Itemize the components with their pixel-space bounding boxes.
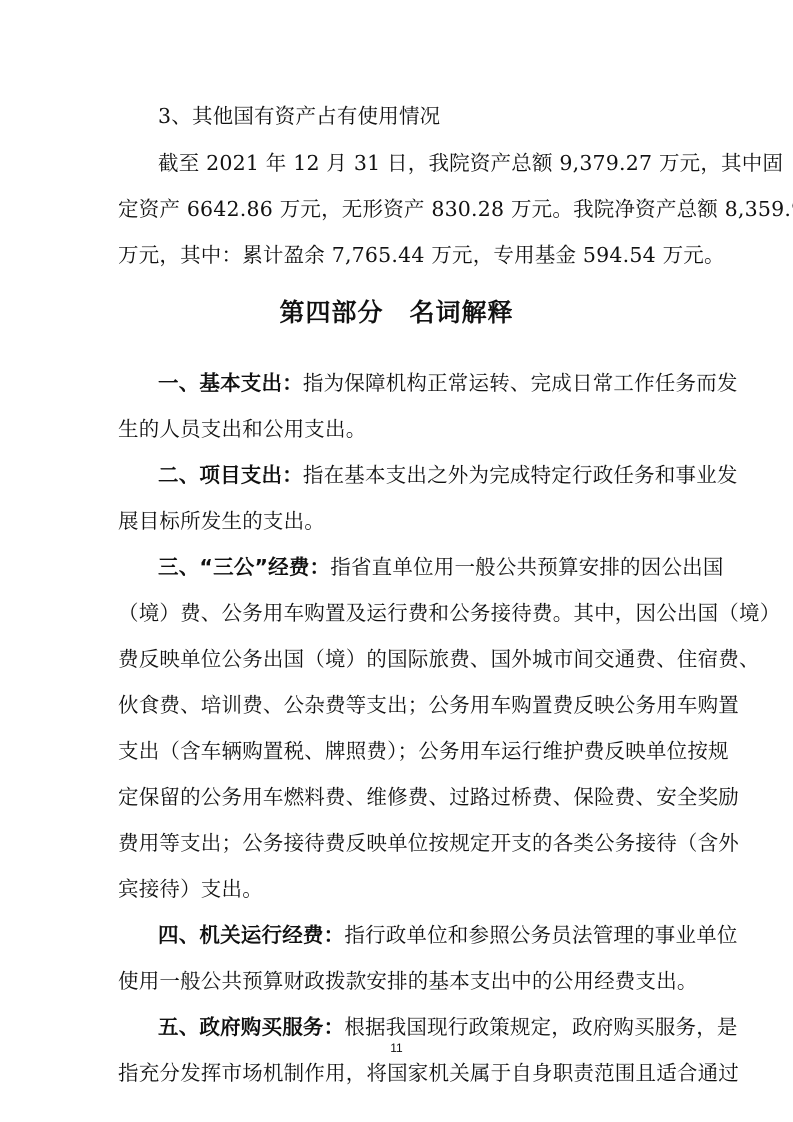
term-definition: 二、项目支出：指在基本支出之外为完成特定行政任务和事业发	[158, 462, 678, 488]
term-text: 指为保障机构正常运转、完成日常工作任务而发	[303, 371, 738, 395]
term-text: 根据我国现行政策规定，政府购买服务，是	[344, 1015, 737, 1039]
paragraph-line: 使用一般公共预算财政拨款安排的基本支出中的公用经费支出。	[118, 968, 678, 994]
term-label: 四、机关运行经费	[158, 923, 324, 947]
term-text: 指行政单位和参照公务员法管理的事业单位	[344, 923, 737, 947]
paragraph-line: 生的人员支出和公用支出。	[118, 416, 678, 442]
paragraph-line: 展目标所发生的支出。	[118, 508, 678, 534]
paragraph-line: 定资产 6642.86 万元，无形资产 830.28 万元。我院净资产总额 8,…	[118, 196, 678, 222]
term-definition: 五、政府购买服务：根据我国现行政策规定，政府购买服务，是	[158, 1014, 678, 1040]
term-label: 二、项目支出	[158, 463, 282, 487]
page-number: 11	[0, 1041, 793, 1055]
term-text: 指在基本支出之外为完成特定行政任务和事业发	[303, 463, 738, 487]
paragraph-line: 支出（含车辆购置税、牌照费）；公务用车运行维护费反映单位按规	[118, 738, 678, 764]
paragraph-line: 万元，其中：累计盈余 7,765.44 万元，专用基金 594.54 万元。	[118, 242, 678, 268]
paragraph-line: 伙食费、培训费、公杂费等支出；公务用车购置费反映公务用车购置	[118, 692, 678, 718]
term-text: 指省直单位用一般公共预算安排的因公出国	[330, 555, 723, 579]
term-label: 五、政府购买服务	[158, 1015, 324, 1039]
paragraph-line: 费反映单位公务出国（境）的国际旅费、国外城市间交通费、住宿费、	[118, 646, 678, 672]
term-label: 一、基本支出	[158, 371, 282, 395]
term-definition: 四、机关运行经费：指行政单位和参照公务员法管理的事业单位	[158, 922, 678, 948]
page-title: 第四部分名词解释	[0, 297, 793, 329]
paragraph-line: 截至 2021 年 12 月 31 日，我院资产总额 9,379.27 万元，其…	[158, 150, 678, 176]
term-label: 三、“三公”经费	[158, 555, 310, 579]
title-part: 第四部分	[279, 298, 383, 327]
section-heading: 3、其他国有资产占有使用情况	[158, 103, 678, 129]
paragraph-line: 指充分发挥市场机制作用，将国家机关属于自身职责范围且适合通过	[118, 1060, 678, 1086]
paragraph-line: 费用等支出；公务接待费反映单位按规定开支的各类公务接待（含外	[118, 830, 678, 856]
title-name: 名词解释	[410, 298, 514, 327]
term-definition: 一、基本支出：指为保障机构正常运转、完成日常工作任务而发	[158, 370, 678, 396]
document-page: 3、其他国有资产占有使用情况 截至 2021 年 12 月 31 日，我院资产总…	[0, 0, 793, 1122]
paragraph-line: 宾接待）支出。	[118, 876, 678, 902]
paragraph-line: （境）费、公务用车购置及运行费和公务接待费。其中，因公出国（境）	[118, 600, 678, 626]
term-definition: 三、“三公”经费：指省直单位用一般公共预算安排的因公出国	[158, 554, 678, 580]
paragraph-line: 定保留的公务用车燃料费、维修费、过路过桥费、保险费、安全奖励	[118, 784, 678, 810]
